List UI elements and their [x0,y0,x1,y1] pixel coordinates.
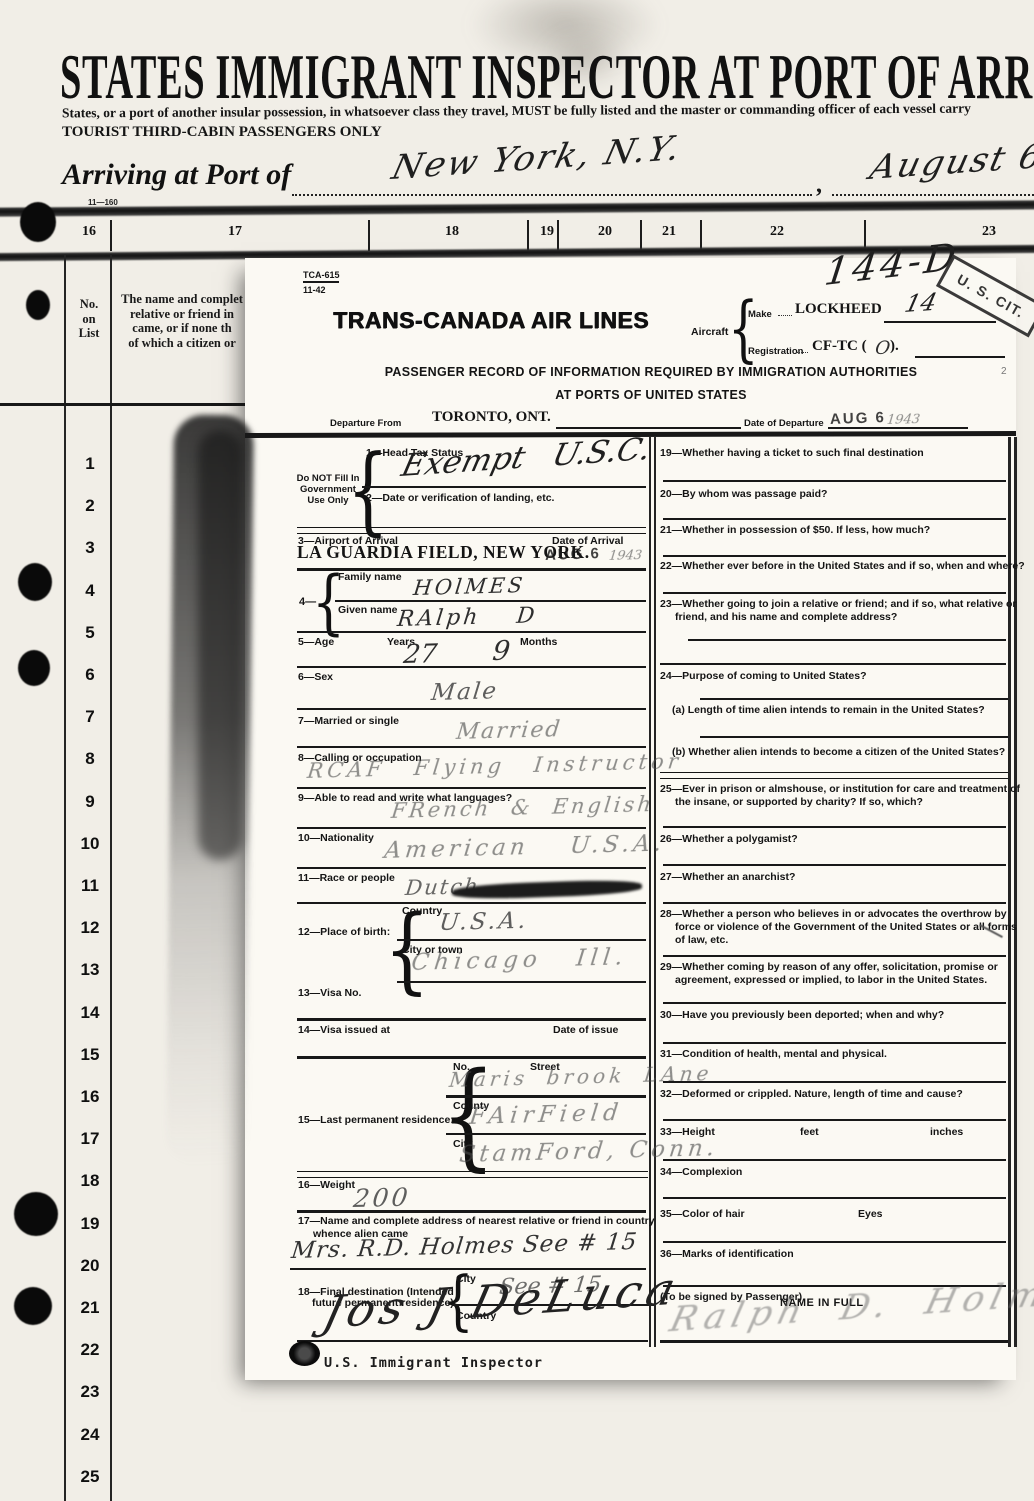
given-name-rule [297,631,646,633]
answer-rule-33 [663,1159,1006,1161]
answer-rule-34 [663,1197,1006,1199]
answer-rule-22 [663,592,1006,594]
inspector-title: U.S. Immigrant Inspector [324,1355,543,1371]
row-number: 3 [70,538,110,558]
question-30: 30—Have you previously been deported; wh… [660,1009,1027,1022]
answer-rule-30 [663,1042,1006,1044]
record-title-line-2: AT PORTS OF UNITED STATES [300,389,1002,402]
answer-rule-20 [663,518,1006,520]
question-35: 35—Color of hair [660,1208,835,1221]
make-label: Make [748,308,772,321]
name-column-line: came, or if none th [116,321,248,336]
row-number: 12 [70,918,110,938]
form-right-edge-line [1008,437,1011,1347]
column-number-23: 23 [982,224,996,240]
field-2-rule [297,527,646,534]
field-10-rule [297,867,646,869]
row-number: 4 [70,581,110,601]
field-16-label: 16—Weight [298,1179,355,1192]
row-number: 20 [70,1256,110,1276]
column-number-17: 17 [228,224,242,240]
field-13-label: 13—Visa No. [298,987,361,1000]
date-of-departure-label: Date of Departure [744,417,824,430]
answer-rule-32 [663,1119,1006,1121]
departure-date-rule [828,427,968,429]
months-label: Months [520,636,557,649]
punch-hole [20,202,56,242]
answer-rule-24 [700,698,1008,700]
sheet-vertical-line [110,255,112,1501]
question-24: 24—Purpose of coming to United States? [660,670,1027,683]
sheet-corner-mark: 11—160 [88,198,118,207]
question-31: 31—Condition of health, mental and physi… [660,1048,1027,1061]
street-rule [446,1095,646,1098]
family-name-value: HOlMES [412,573,527,600]
arrival-date-handwritten: August 6 [866,136,1034,188]
departure-rule [556,427,741,429]
row-number: 19 [70,1214,110,1234]
column-separator [110,220,112,251]
question-25: 25—Ever in prison or almshouse, or insti… [660,783,1027,809]
months-value: 9 [491,636,512,667]
passenger-signature-rule [660,1340,1008,1343]
residence-rule [297,1171,648,1178]
scanned-manifest-page: STATES IMMIGRANT INSPECTOR AT PORT OF AR… [0,0,1034,1501]
make-value: LOCKHEED [795,303,882,316]
eyes-label: Eyes [858,1208,883,1221]
field-2-label: 2—Date or verification of landing, etc. [366,492,554,505]
field-11-rule [297,902,646,904]
answer-rule-26 [663,864,1006,866]
no-on-list-header: No. on List [68,297,110,341]
field-5-label: 5—Age [298,636,334,649]
column-number-22: 22 [770,224,784,240]
record-title-line-1: PASSENGER RECORD OF INFORMATION REQUIRED… [300,366,1002,379]
field-15-label: 15—Last permanent residence: [298,1114,454,1127]
row-number: 8 [70,749,110,769]
answer-rule-24b [660,772,1008,779]
punch-hole [18,650,50,686]
row-number: 1 [70,454,110,474]
punch-hole [14,1192,58,1236]
column-number-20: 20 [598,224,612,240]
sheet-vertical-line [64,255,66,1501]
field-11-label: 11—Race or people [298,872,395,885]
airline-name: TRANS-CANADA AIR LINES [333,307,649,334]
question-20: 20—By whom was passage paid? [660,488,1027,501]
feet-label: feet [800,1126,819,1139]
answer-rule-23b [660,663,1006,665]
field-7-label: 7—Married or single [298,715,399,728]
field-13-rule [297,1018,646,1021]
field-8-rule [297,787,646,789]
column-separator [368,220,370,251]
make-leader-dots [778,307,792,316]
column-separator [700,220,702,251]
row-number: 25 [70,1467,110,1487]
field-10-label: 10—Nationality [298,832,374,845]
notice-line-1: States, or a port of another insular pos… [62,101,971,122]
sheet-header-rule [0,403,248,406]
answer-rule-19 [663,480,1006,482]
row-number: 17 [70,1129,110,1149]
field-6-rule [297,708,646,710]
row-number: 21 [70,1298,110,1318]
given-name-value: RAlph D [396,603,539,632]
form-right-edge-line [1014,437,1017,1347]
name-column-line: The name and complet [116,292,248,307]
answer-rule-29 [663,1002,1006,1004]
question-36: 36—Marks of identification [660,1248,1027,1261]
registration-leader-dots [796,344,808,353]
column-separator [640,220,642,251]
column-number-19: 19 [540,224,554,240]
departure-date-stamp: AUG 6 [830,409,886,428]
county-rule [446,1133,646,1135]
port-dotted-line [292,194,812,196]
departure-from-value: TORONTO, ONT. [432,411,551,424]
punch-hole [26,290,50,320]
row-number: 2 [70,496,110,516]
no-on-list-line: on [68,312,110,327]
answer-rule-27 [663,902,1006,904]
married-single-value: Married [455,717,563,745]
answer-rule-35 [663,1241,1006,1243]
punch-hole [14,1287,52,1325]
question-26: 26—Whether a polygamist? [660,833,1027,846]
registration-value-post: ). [890,340,899,353]
row-number: 9 [70,792,110,812]
arrival-date-stamp: AUG 6 [545,545,601,564]
field-5-rule [297,666,646,668]
field-1-rule [362,486,646,488]
form-center-divider [654,437,656,1347]
answer-rule-28 [663,955,1006,957]
answer-rule-24a [700,736,1008,738]
country-label: Country [402,905,442,918]
row-number: 16 [70,1087,110,1107]
family-name-rule [335,600,646,602]
given-name-label: Given name [338,604,398,617]
answer-rule-23a [688,639,1006,641]
column-number-16: 16 [82,224,96,240]
question-29: 29—Whether coming by reason of any offer… [660,961,1027,987]
registration-value-pre: CF-TC ( [812,340,867,353]
name-column-header: The name and complet relative or friend … [116,292,248,350]
answer-rule-25 [663,826,1006,828]
scan-shadow-streak [198,430,242,860]
country-value: U.S.A. [438,908,530,936]
inches-label: inches [930,1126,963,1139]
inspector-signature-rule [297,1340,648,1342]
column-separator [527,220,529,251]
row-number: 11 [70,876,110,896]
date-of-issue-label: Date of issue [553,1024,618,1037]
field-6-label: 6—Sex [298,671,333,684]
question-32: 32—Deformed or crippled. Nature, length … [660,1088,1027,1101]
question-27: 27—Whether an anarchist? [660,871,1027,884]
field-7-rule [297,746,646,748]
scan-band [0,200,1034,216]
form-center-divider [649,437,651,1347]
row-number: 18 [70,1171,110,1191]
row-number: 6 [70,665,110,685]
departure-from-label: Departure From [330,417,401,430]
registration-rule [915,356,1005,358]
question-21: 21—Whether in possession of $50. If less… [660,524,1027,537]
question-33: 33—Height [660,1126,795,1139]
field-14-label: 14—Visa issued at [298,1024,390,1037]
registration-handwritten-o: O [874,338,891,359]
row-number: 15 [70,1045,110,1065]
form-revision: 11-42 [303,284,326,297]
row-number: 22 [70,1340,110,1360]
row-number: 24 [70,1425,110,1445]
side-mark: 2 [1001,366,1007,377]
notice-line-2: TOURIST THIRD-CABIN PASSENGERS ONLY [62,124,382,141]
field-12-label: 12—Place of birth: [298,926,390,939]
question-24a: (a) Length of time alien intends to rema… [672,704,1027,717]
answer-rule-31 [663,1081,1006,1083]
name-column-line: relative or friend in [116,307,248,322]
question-28: 28—Whether a person who believes in or a… [660,908,1027,947]
field-9-rule [297,827,646,829]
arriving-at-port-label: Arriving at Port of [62,158,291,192]
column-separator [557,220,559,251]
family-name-label: Family name [338,571,402,584]
weight-value: 200 [352,1183,412,1213]
question-24b: (b) Whether alien intends to become a ci… [672,746,1027,759]
inspector-stamp-icon [289,1341,320,1366]
no-on-list-line: List [68,326,110,341]
row-number: 13 [70,960,110,980]
row-number: 23 [70,1382,110,1402]
name-column-line: of which a citizen or [116,336,248,351]
column-number-21: 21 [662,224,676,240]
port-of-arrival-handwritten: New York, N.Y. [388,128,686,188]
make-rule [884,321,996,323]
row-number: 5 [70,623,110,643]
question-19: 19—Whether having a ticket to such final… [660,447,1027,460]
column-number-18: 18 [445,224,459,240]
row-number: 10 [70,834,110,854]
sex-value: Male [430,678,499,706]
aircraft-label: Aircraft [691,326,728,339]
departure-year-handwritten: 1943 [886,412,921,428]
arrival-year-handwritten: 1943 [608,548,643,564]
row-number: 7 [70,707,110,727]
answer-rule-21 [663,555,1006,557]
form-code-rule [303,281,339,283]
field-16-rule [297,1210,646,1213]
comma: , [816,172,822,199]
no-on-list-line: No. [68,297,110,312]
date-dotted-line [832,194,1034,196]
city-or-town-rule [397,981,646,983]
question-22: 22—Whether ever before in the United Sta… [660,560,1027,573]
country-rule [397,939,646,941]
county-value: FAirField [468,1100,624,1130]
punch-hole [18,563,52,601]
question-23: 23—Whether going to join a relative or f… [660,598,1027,624]
question-34: 34—Complexion [660,1166,1027,1179]
row-number: 14 [70,1003,110,1023]
